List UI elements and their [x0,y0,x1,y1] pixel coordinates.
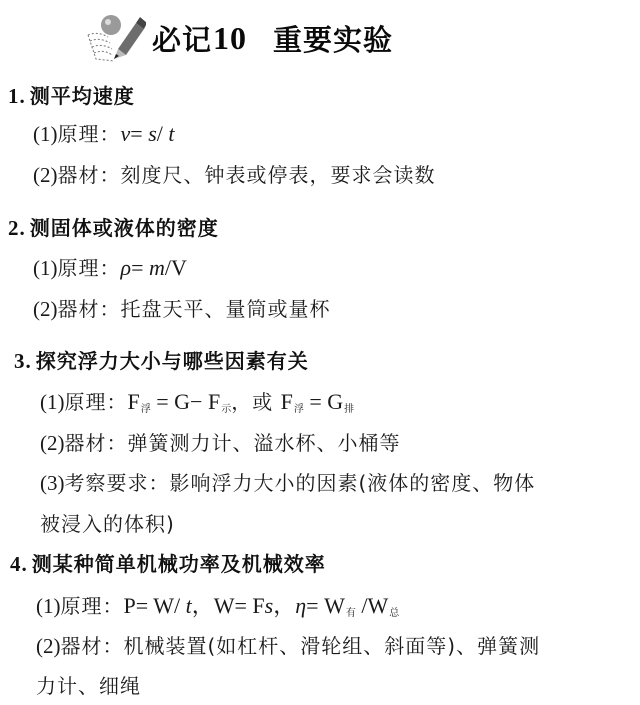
list-item: (2)器材：机械装置(如杠杆、滑轮组、斜面等)、弹簧测 [36,630,540,659]
page-title: 必记 10 重要实验 [152,18,393,59]
page-header: 必记 10 重要实验 [84,6,393,70]
title-prefix: 必记 [152,18,212,59]
list-item: (2)器材：刻度尺、钟表或停表，要求会读数 [33,159,436,188]
formula: ρ= m/V [121,255,187,280]
list-item: (1)原理：F浮 = G− F示，或 F浮 = G排 [40,386,354,415]
section-title: 1.测平均速度 [8,80,135,109]
list-item-continuation: 力计、细绳 [36,670,141,699]
section-title: 3.探究浮力大小与哪些因素有关 [14,345,309,374]
list-item: (1)原理：v= s/ t [33,118,175,147]
formula: F浮 = G− F示 [128,389,232,414]
list-item: (3)考察要求：影响浮力大小的因素(液体的密度、物体 [40,467,535,496]
title-subtitle: 重要实验 [273,18,393,59]
list-item: (2)器材：弹簧测力计、溢水杯、小桶等 [40,427,401,456]
section-title: 4.测某种简单机械功率及机械效率 [10,548,326,577]
title-number: 10 [213,20,247,57]
section-title: 2.测固体或液体的密度 [8,212,219,241]
pencil-notes-icon [84,9,146,67]
list-item-continuation: 被浸入的体积) [40,508,175,537]
formula: v= s/ t [121,121,175,146]
list-item: (2)托盘天平、量筒或量杯器材：托盘天平、量筒或量杯 [33,293,331,322]
formula: P= W/ t，W= Fs，η= W有 /W总 [124,593,400,618]
list-item: (1)原理：ρ= m/V [33,252,187,281]
list-item: (1)原理：P= W/ t，W= Fs，η= W有 /W总 [36,589,399,620]
